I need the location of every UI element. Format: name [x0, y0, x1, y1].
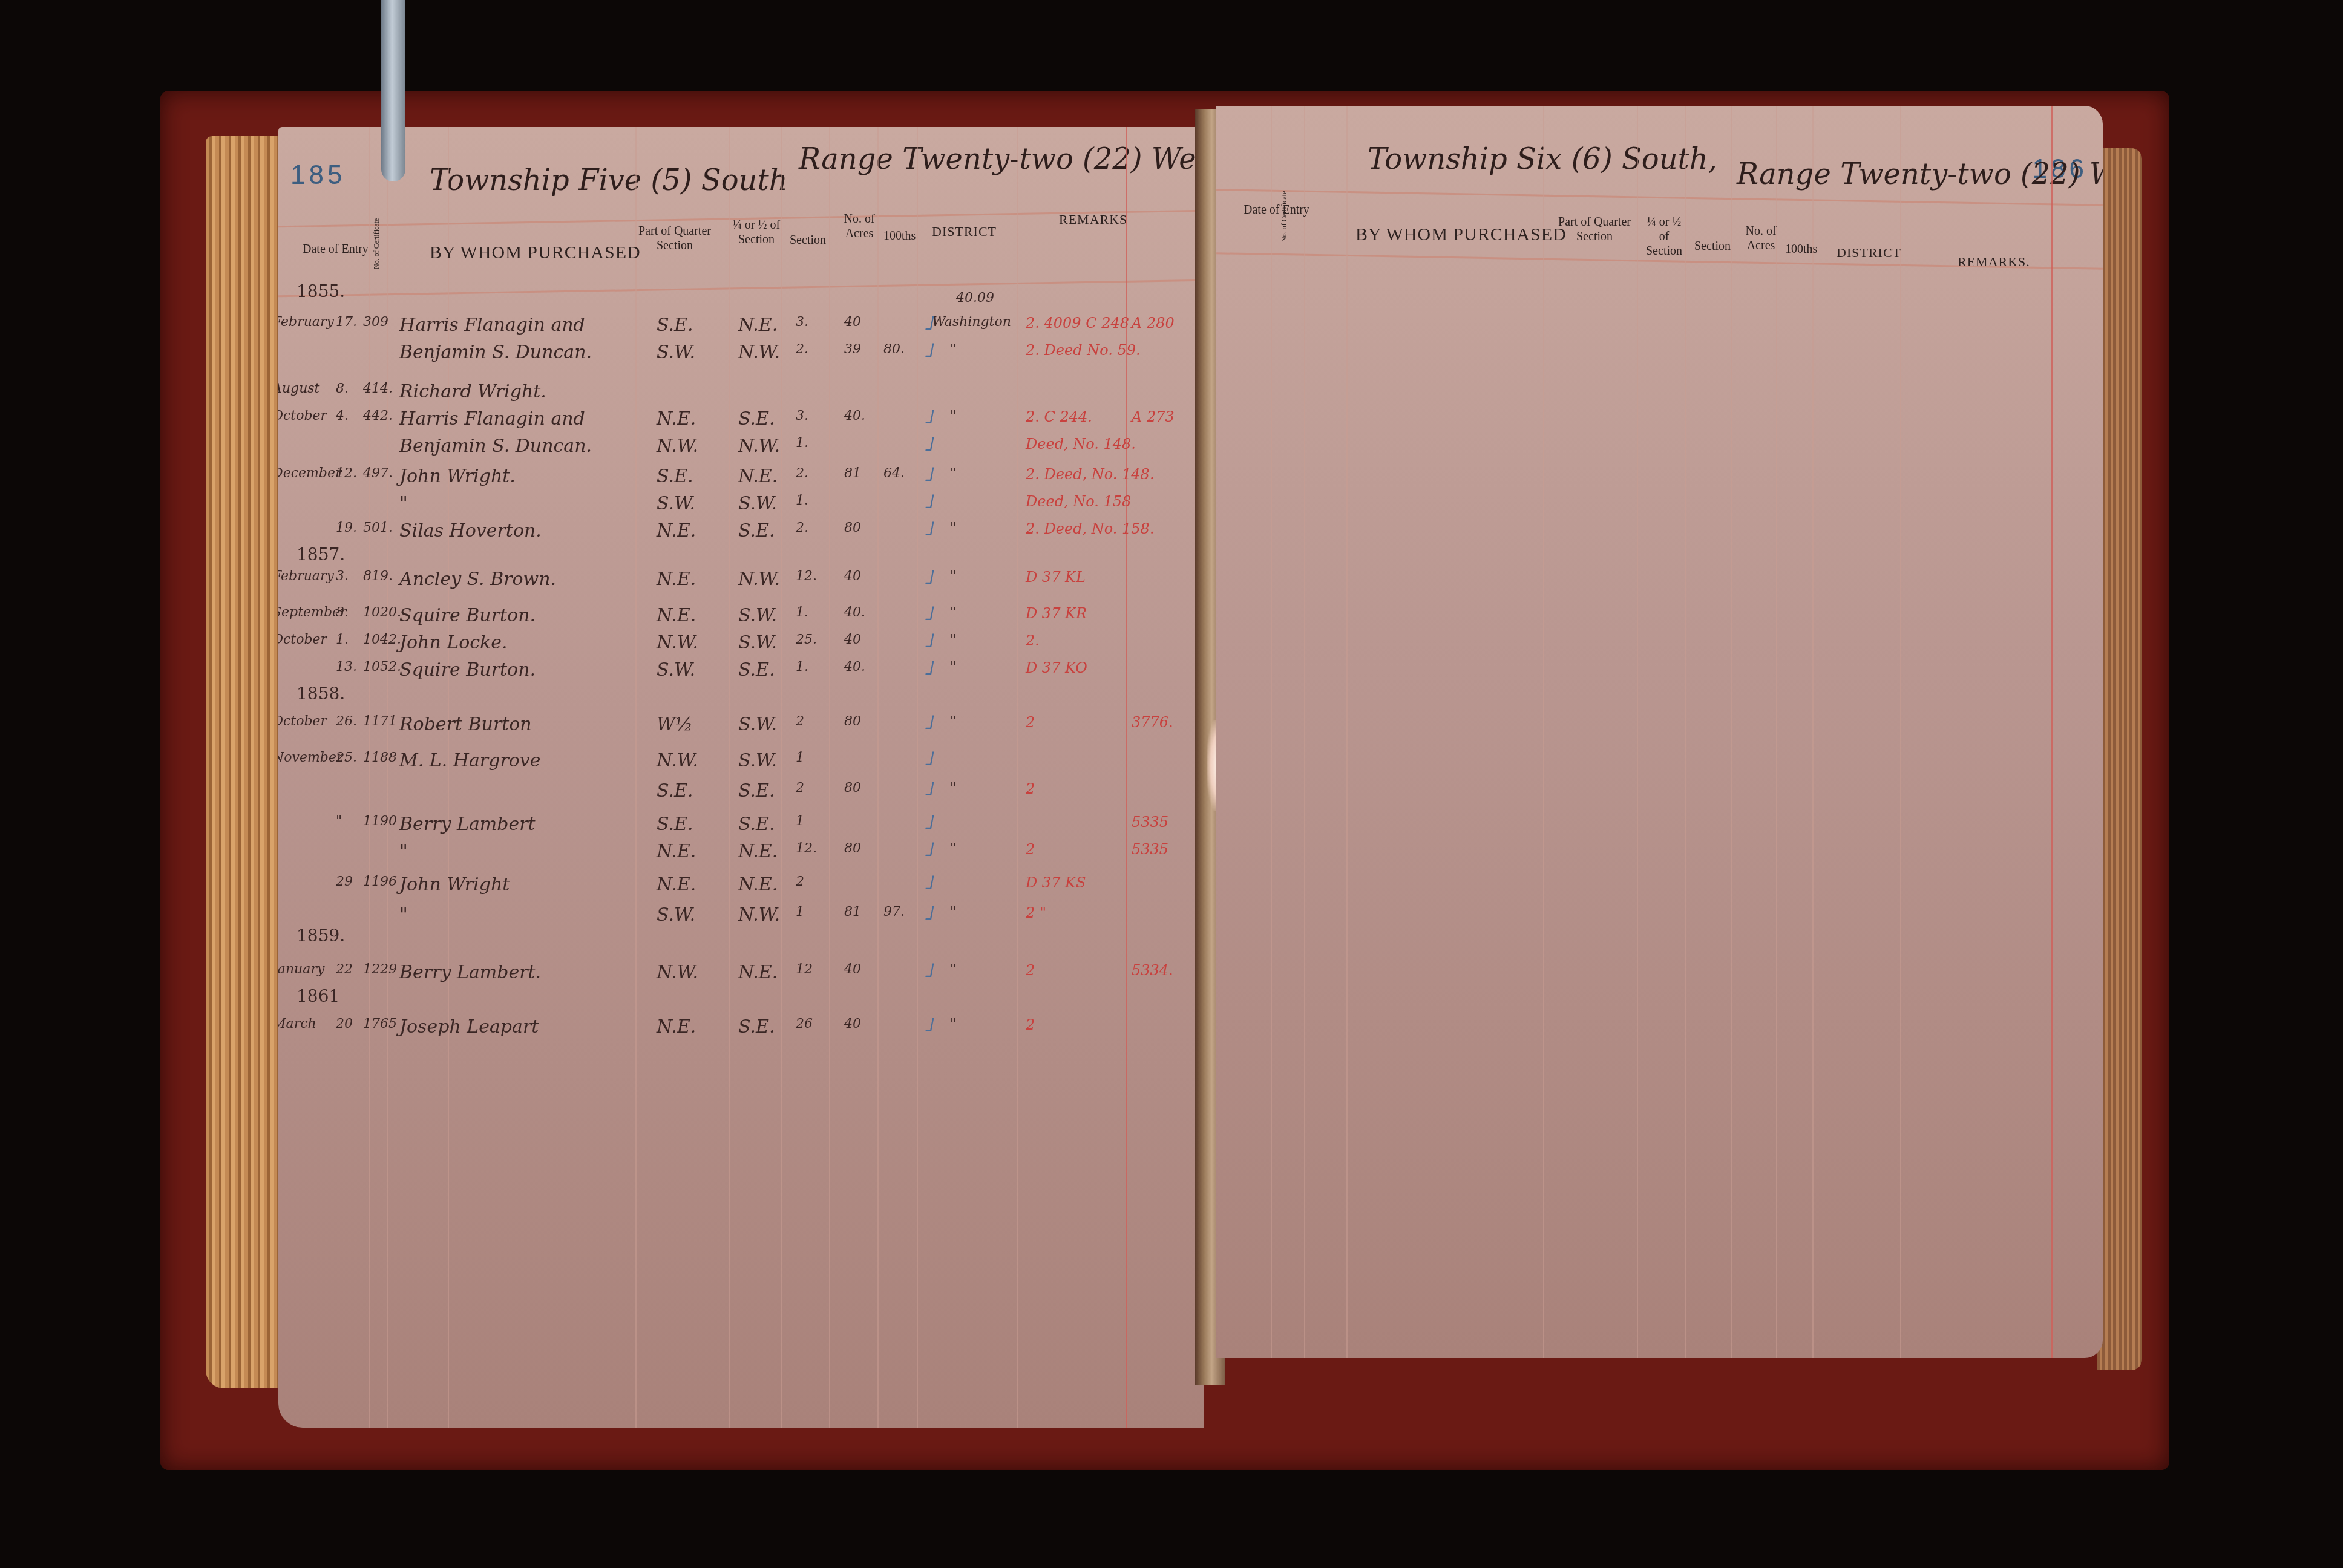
cell-month: February — [278, 315, 334, 330]
column-line — [1731, 106, 1732, 1358]
cell-part: S.E. — [657, 814, 693, 835]
cell-side: 3776. — [1132, 714, 1173, 731]
cell-district: " — [950, 466, 956, 481]
column-line — [1346, 106, 1348, 1358]
cell-quarter: S.W. — [738, 714, 777, 735]
cell-acres: 80 — [844, 780, 861, 795]
cell-section: 2 — [796, 714, 804, 729]
metal-page-clip — [381, 0, 405, 181]
cell-quarter: S.E. — [738, 659, 775, 681]
cell-remarks: 2 — [1026, 714, 1035, 731]
cell-day: 4. — [336, 408, 349, 423]
year-label: 1858. — [297, 684, 345, 704]
cell-acres: 40. — [844, 408, 865, 423]
cell-cert: 414. — [363, 381, 393, 396]
check-mark-icon: ˩ — [925, 629, 935, 653]
cell-acres: 39 — [844, 342, 861, 357]
cell-district: " — [950, 520, 956, 535]
cell-district: " — [950, 342, 956, 357]
cell-district: " — [950, 605, 956, 620]
cell-part: S.W. — [657, 659, 695, 681]
cell-section: 12. — [796, 569, 817, 584]
cell-remarks: Deed, No. 158 — [1026, 493, 1131, 510]
cell-remarks: 2 — [1026, 1016, 1035, 1033]
cell-part: S.W. — [657, 493, 695, 514]
cell-cert: 497. — [363, 466, 393, 481]
year-label: 1861 — [297, 986, 339, 1006]
cell-acres: 40. — [844, 605, 865, 620]
cell-quarter: S.E. — [738, 814, 775, 835]
cell-name: Joseph Leapart — [399, 1016, 539, 1037]
cell-quarter: S.E. — [738, 1016, 775, 1037]
cell-part: S.W. — [657, 342, 695, 363]
column-line — [1685, 106, 1686, 1358]
cell-day: 22 — [336, 962, 353, 977]
cell-side: A 273 — [1132, 408, 1175, 425]
column-line — [1776, 106, 1777, 1358]
cell-quarter: N.W. — [738, 436, 780, 457]
district-annotation: 40.09 — [956, 290, 994, 305]
cell-name: " — [399, 904, 408, 926]
cell-acres: 80 — [844, 714, 861, 729]
cell-remarks: 2. — [1026, 632, 1040, 649]
cell-remarks: Deed, No. 148. — [1026, 436, 1136, 452]
check-mark-icon: ˩ — [925, 601, 935, 626]
col-remarks: REMARKS — [1059, 212, 1127, 227]
cell-name: M. L. Hargrove — [399, 750, 540, 771]
cell-cert: 819. — [363, 569, 393, 584]
col-date-of-entry: Date of Entry — [303, 242, 369, 256]
check-mark-icon: ˩ — [925, 489, 935, 514]
check-mark-icon: ˩ — [925, 777, 935, 801]
cell-section: 12. — [796, 841, 817, 856]
cell-month: December — [278, 466, 341, 481]
range-heading: Range Twenty-two (22) West. — [1737, 157, 2103, 191]
cell-acres: 40. — [844, 659, 865, 675]
year-label: 1855. — [297, 281, 345, 301]
cell-remarks: 2 " — [1026, 904, 1046, 921]
cell-remarks: 2 — [1026, 780, 1035, 797]
check-mark-icon: ˩ — [925, 405, 935, 429]
cell-part: N.W. — [657, 962, 698, 983]
column-line — [1304, 106, 1305, 1358]
cell-part: S.E. — [657, 780, 693, 802]
check-mark-icon: ˩ — [925, 517, 935, 541]
cell-quarter: S.E. — [738, 408, 775, 430]
column-line — [635, 127, 637, 1428]
cell-section: 1. — [796, 605, 808, 620]
col-100ths: 100ths — [883, 229, 916, 243]
cell-acres: 81 — [844, 466, 861, 481]
col-part-of-quarter-section: Part of Quarter Section — [1555, 215, 1634, 244]
cell-month: November — [278, 750, 342, 765]
year-label: 1859. — [297, 926, 345, 946]
cell-cert: 1188 — [363, 750, 397, 765]
left-page: 185 Township Five (5) South Range Twenty… — [278, 127, 1204, 1428]
column-line — [829, 127, 830, 1428]
cell-part: N.W. — [657, 436, 698, 457]
cell-remarks: 2. Deed, No. 148. — [1026, 466, 1155, 483]
cell-acres: 40 — [844, 632, 861, 647]
cell-acres: 40 — [844, 569, 861, 584]
cell-quarter: N.E. — [738, 315, 778, 336]
cell-name: Silas Hoverton. — [399, 520, 542, 541]
cell-district: " — [950, 569, 956, 584]
cell-side: 5334. — [1132, 962, 1173, 979]
cell-section: 3. — [796, 315, 808, 330]
column-line — [1017, 127, 1018, 1428]
cell-remarks: D 37 KR — [1026, 605, 1087, 622]
check-mark-icon: ˩ — [925, 311, 935, 335]
cell-section: 2. — [796, 466, 808, 481]
check-mark-icon: ˩ — [925, 338, 935, 362]
page-edges-left — [206, 136, 278, 1388]
cell-cert: 1196 — [363, 874, 397, 889]
cell-acres: 80 — [844, 841, 861, 856]
cell-part: N.E. — [657, 874, 696, 895]
cell-district: " — [950, 1016, 956, 1031]
cell-hundredths: 80. — [883, 342, 905, 357]
cell-cert: 1229 — [363, 962, 397, 977]
cell-name: Harris Flanagin and — [399, 315, 585, 336]
cell-part: S.E. — [657, 315, 693, 336]
cell-section: 26 — [796, 1016, 813, 1031]
cell-remarks: D 37 KO — [1026, 659, 1087, 676]
header-rule-bottom — [278, 279, 1204, 298]
header-rule-top — [1216, 189, 2103, 206]
cell-month: March — [278, 1016, 316, 1031]
cell-cert: 442. — [363, 408, 393, 423]
check-mark-icon: ˩ — [925, 837, 935, 861]
column-line — [781, 127, 782, 1428]
page-edges-right — [2097, 148, 2142, 1370]
cell-month: October — [278, 632, 327, 647]
col-part-of-quarter-section: Part of Quarter Section — [629, 224, 720, 253]
cell-district: " — [950, 841, 956, 856]
cell-part: W½ — [657, 714, 693, 735]
cell-name: John Wright — [399, 874, 510, 895]
cell-acres: 40 — [844, 315, 861, 330]
cell-quarter: S.E. — [738, 520, 775, 541]
cell-hundredths: 97. — [883, 904, 905, 920]
cell-day: 19. — [336, 520, 357, 535]
cell-quarter: N.E. — [738, 874, 778, 895]
cell-section: 2. — [796, 342, 808, 357]
check-mark-icon: ˩ — [925, 746, 935, 771]
cell-remarks: 2 — [1026, 962, 1035, 979]
cell-day: 29 — [336, 874, 353, 889]
cell-section: 1 — [796, 814, 804, 829]
cell-remarks: 2. 4009 C 248 — [1026, 315, 1129, 332]
range-heading: Range Twenty-two (22) West — [799, 142, 1204, 176]
cell-day: 3. — [336, 569, 349, 584]
cell-quarter: N.W. — [738, 904, 780, 926]
cell-cert: 1020. — [363, 605, 401, 620]
cell-section: 2. — [796, 520, 808, 535]
cell-day: 26. — [336, 714, 357, 729]
cell-remarks: 2. C 244. — [1026, 408, 1092, 425]
column-line — [729, 127, 730, 1428]
check-mark-icon: ˩ — [925, 462, 935, 486]
check-mark-icon: ˩ — [925, 656, 935, 680]
cell-quarter: N.E. — [738, 466, 778, 487]
cell-quarter: N.W. — [738, 342, 780, 363]
cell-remarks: 2. Deed, No. 158. — [1026, 520, 1155, 537]
column-line — [1543, 106, 1544, 1358]
cell-side: A 280 — [1132, 315, 1175, 332]
cell-part: N.E. — [657, 605, 696, 626]
column-line — [1271, 106, 1272, 1358]
cell-section: 1. — [796, 493, 808, 508]
cell-part: N.W. — [657, 750, 698, 771]
cell-section: 1. — [796, 436, 808, 451]
cell-part: N.W. — [657, 632, 698, 653]
cell-quarter: S.W. — [738, 632, 777, 653]
cell-section: 2 — [796, 780, 804, 795]
cell-remarks: 2 — [1026, 841, 1035, 858]
cell-part: S.W. — [657, 904, 695, 926]
cell-name: John Locke. — [399, 632, 508, 653]
township-heading: Township Five (5) South — [430, 163, 788, 197]
cell-cert: 309 — [363, 315, 388, 330]
cell-month: August — [278, 381, 319, 396]
cell-day: 13. — [336, 659, 357, 675]
cell-section: 2 — [796, 874, 804, 889]
column-line — [1637, 106, 1638, 1358]
cell-district: Washington — [932, 315, 1011, 330]
col-date-of-entry: Date of Entry — [1244, 203, 1309, 217]
cell-district: " — [950, 632, 956, 647]
col-section: Section — [1694, 239, 1731, 253]
cell-name: Robert Burton — [399, 714, 532, 735]
cell-cert: 501. — [363, 520, 393, 535]
cell-day: 8. — [336, 381, 349, 396]
check-mark-icon: ˩ — [925, 1013, 935, 1037]
cell-remarks: D 37 KS — [1026, 874, 1086, 891]
col-by-whom-purchased: BY WHOM PURCHASED — [430, 242, 641, 264]
col-100ths: 100ths — [1785, 242, 1817, 256]
cell-quarter: N.E. — [738, 841, 778, 862]
cell-month: October — [278, 408, 327, 423]
cell-name: Berry Lambert. — [399, 962, 541, 983]
column-line — [1900, 106, 1901, 1358]
cell-name: Benjamin S. Duncan. — [399, 342, 592, 363]
cell-quarter: N.E. — [738, 962, 778, 983]
cell-name: Ancley S. Brown. — [399, 569, 556, 590]
col-acres: No. of Acres — [1743, 224, 1779, 253]
cell-name: Squire Burton. — [399, 605, 536, 626]
page-number: 185 — [290, 160, 346, 191]
cell-side: 5335 — [1132, 841, 1168, 858]
cell-district: " — [950, 408, 956, 423]
right-page: 186 Township Six (6) South, Range Twenty… — [1216, 106, 2103, 1358]
cell-district: " — [950, 659, 956, 675]
cell-section: 12 — [796, 962, 813, 977]
cell-section: 1. — [796, 659, 808, 675]
cell-name: Harris Flanagin and — [399, 408, 585, 430]
cell-acres: 40 — [844, 962, 861, 977]
cell-section: 3. — [796, 408, 808, 423]
check-mark-icon: ˩ — [925, 871, 935, 895]
cell-day: 12. — [336, 466, 357, 481]
cell-name: Berry Lambert — [399, 814, 536, 835]
column-line — [917, 127, 918, 1428]
check-mark-icon: ˩ — [925, 710, 935, 734]
col-acres: No. of Acres — [835, 212, 883, 241]
check-mark-icon: ˩ — [925, 958, 935, 982]
cell-part: N.E. — [657, 569, 696, 590]
cell-hundredths: 64. — [883, 466, 905, 481]
cell-district: " — [950, 714, 956, 729]
check-mark-icon: ˩ — [925, 432, 935, 456]
col-district: DISTRICT — [932, 224, 997, 240]
check-mark-icon: ˩ — [925, 810, 935, 834]
cell-quarter: S.W. — [738, 750, 777, 771]
cell-district: " — [950, 904, 956, 920]
cell-name: Benjamin S. Duncan. — [399, 436, 592, 457]
cell-acres: 40 — [844, 1016, 861, 1031]
cell-section: 1 — [796, 904, 804, 920]
check-mark-icon: ˩ — [925, 565, 935, 589]
col-certificate: No. of Certificate — [1280, 206, 1288, 242]
cell-side: 5335 — [1132, 814, 1168, 831]
year-label: 1857. — [297, 544, 345, 564]
cell-cert: 1052. — [363, 659, 401, 675]
cell-remarks: D 37 KL — [1026, 569, 1086, 586]
cell-day: 17. — [336, 315, 357, 330]
cell-name: Squire Burton. — [399, 659, 536, 681]
cell-day: 1. — [336, 632, 349, 647]
cell-section: 25. — [796, 632, 817, 647]
cell-month: February — [278, 569, 334, 584]
cell-part: N.E. — [657, 841, 696, 862]
cell-district: " — [950, 780, 956, 795]
column-line — [1812, 106, 1814, 1358]
cell-day: 20 — [336, 1016, 353, 1031]
col-certificate: No. of Certificate — [372, 233, 381, 269]
col-remarks: REMARKS. — [1958, 254, 2030, 270]
cell-name: Richard Wright. — [399, 381, 546, 402]
col-section: Section — [790, 233, 826, 247]
cell-quarter: S.W. — [738, 605, 777, 626]
cell-month: January — [278, 962, 324, 977]
cell-part: N.E. — [657, 1016, 696, 1037]
cell-day: 25. — [336, 750, 357, 765]
check-mark-icon: ˩ — [925, 901, 935, 925]
cell-name: " — [399, 841, 408, 862]
cell-quarter: S.W. — [738, 493, 777, 514]
cell-day: 3. — [336, 605, 349, 620]
cell-acres: 80 — [844, 520, 861, 535]
cell-quarter: N.W. — [738, 569, 780, 590]
cell-quarter: S.E. — [738, 780, 775, 802]
cell-section: 1 — [796, 750, 804, 765]
column-line — [877, 127, 879, 1428]
cell-name: " — [399, 493, 408, 514]
col-by-whom-purchased: BY WHOM PURCHASED — [1355, 224, 1567, 246]
cell-cert: 1765 — [363, 1016, 397, 1031]
col-quarter-or-half: ¼ or ½ of Section — [729, 218, 784, 247]
cell-part: N.E. — [657, 520, 696, 541]
col-district: DISTRICT — [1837, 245, 1901, 261]
cell-day: " — [336, 814, 342, 829]
cell-cert: 1190 — [363, 814, 397, 829]
cell-cert: 1042. — [363, 632, 401, 647]
cell-remarks: 2. Deed No. 59. — [1026, 342, 1141, 359]
cell-district: " — [950, 962, 956, 977]
cell-part: S.E. — [657, 466, 693, 487]
col-quarter-or-half: ¼ or ½ of Section — [1643, 215, 1685, 258]
cell-part: N.E. — [657, 408, 696, 430]
margin-line-red — [2051, 106, 2053, 1358]
cell-name: John Wright. — [399, 466, 516, 487]
cell-cert: 1171 — [363, 714, 397, 729]
cell-acres: 81 — [844, 904, 861, 920]
cell-month: October — [278, 714, 327, 729]
